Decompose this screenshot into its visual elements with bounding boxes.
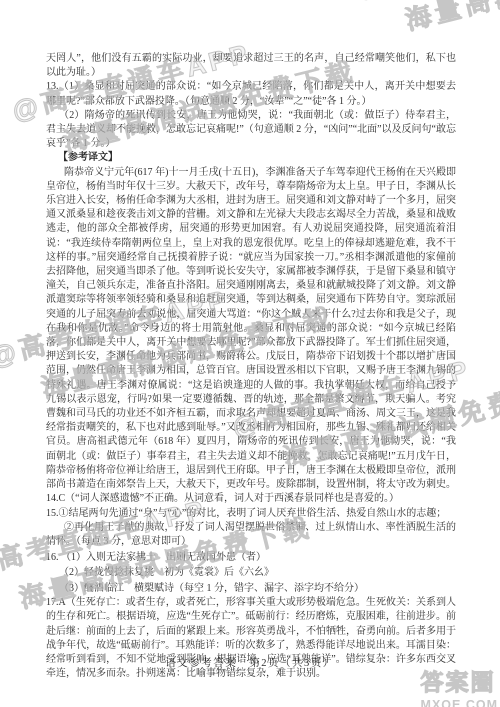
answer-15-1: 15.①结尾两句先通过“身”与“心”的对比，表明了词人厌弃世俗生活、热爱自然山水…: [46, 507, 456, 521]
watermark-stamp: @高考直通车APP 海量高清试题免费下载: [350, 0, 500, 48]
mxqe-site-label: MXQE.COM: [421, 698, 498, 707]
answer-key-body: 天罔人”，他们没有五霸的实际功业，却要追求超过三王的名声，自己经常嘲笑他们，私下…: [46, 52, 456, 681]
reference-translation-heading: 【参考译文】: [46, 151, 456, 165]
answer-13-1: 13.（1）桑显和对屈突通的部众说：“如今京城已经陷落，你们都是关中人，离开关中…: [46, 80, 456, 108]
page-footer: 语文参考答案 第2页（共3页）: [0, 655, 500, 670]
watermark-text: @高考直通车APP: [350, 0, 500, 6]
answer-13-2: （2）隋炀帝的死讯传到长安，唐王为他恸哭，说：“我面朝北（或：做臣子）侍奉君主，…: [46, 109, 456, 152]
watermark-text: 海量高清试题免费下载: [401, 0, 500, 37]
reference-translation-text: 隋恭帝义宁元年(617 年)十一月壬戌(十五日)，李渊准备天子车驾奉迎代王杨侑在…: [46, 166, 456, 493]
answer-16-1: 16. （1）入则无法家拂士 出则无敌国外患（者）: [46, 551, 456, 565]
scanned-answer-page: @高考直通车APP 海量高清试题免费下载 @高考直通车APP 海量高清试题免费下…: [0, 0, 500, 707]
answer-16-3: （3）酾酒临江 横槊赋诗（每空 1 分，错字、漏字、添字均不给分）: [46, 582, 456, 596]
answer-16-2: （2）轻拢慢捻抹复挑 初为《霓裳》后《六幺》: [46, 566, 456, 580]
answer-12-continuation: 天罔人”，他们没有五霸的实际功业，却要追求超过三王的名声，自己经常嘲笑他们，私下…: [46, 52, 456, 80]
answer-14: 14.C（“词人深感遗憾”不正确。从词意看，词人对于西溪春景同样也是喜爱的。）: [46, 492, 456, 506]
answer-15-2: ②再化用王子猷的典故，抒发了词人渴望摆脱世俗禁锢、过上纵情山水、率性洒脱生活的情…: [46, 521, 456, 549]
